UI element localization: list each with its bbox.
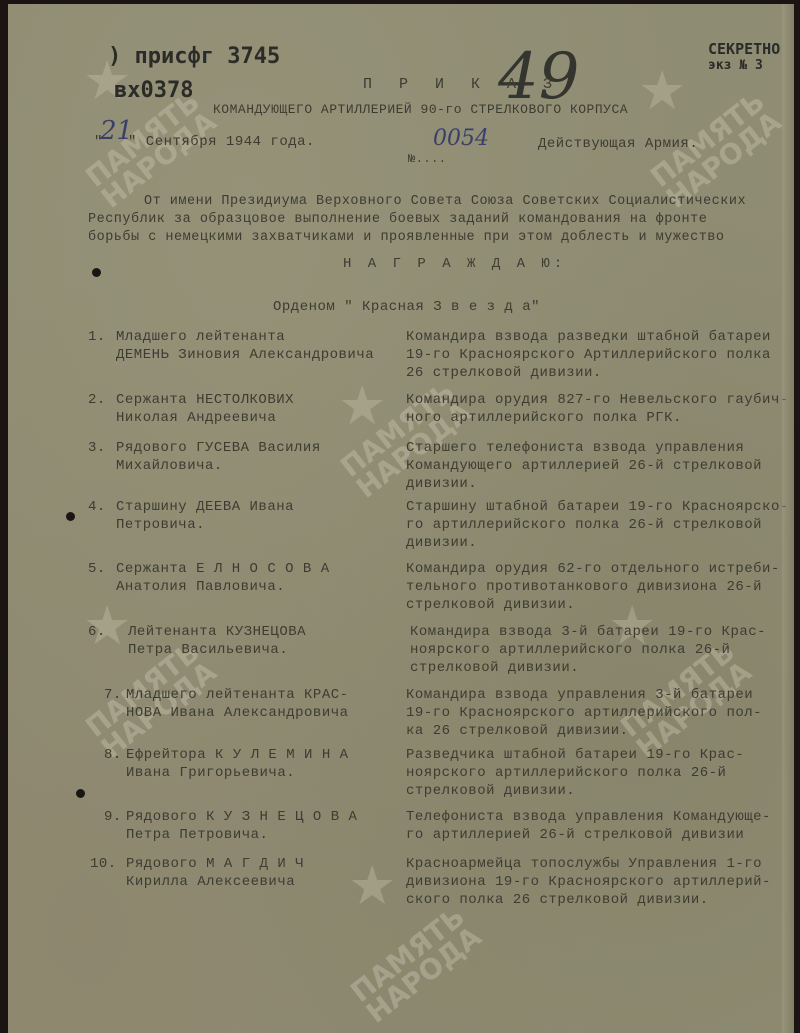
preamble-line: Республик за образцовое выполнение боевы… xyxy=(88,212,707,227)
entry-number: 9. xyxy=(104,809,122,825)
entry-name: Кирилла Алексеевича xyxy=(126,874,295,890)
entry-position: го артиллерийского полка 26-й стрелковой xyxy=(406,517,762,533)
entry-rank-name: Младшего лейтенанта xyxy=(116,329,285,345)
entry-number: 7. xyxy=(104,687,122,703)
entry-rank-name: Ефрейтора К У Л Е М И Н А xyxy=(126,747,349,763)
entry-position: Разведчика штабной батареи 19-го Крас- xyxy=(406,747,744,763)
entry-rank-name: Рядового ГУСЕВА Василия xyxy=(116,440,321,456)
preamble-line: борьбы с немецкими захватчиками и проявл… xyxy=(88,230,725,245)
location: Действующая Армия. xyxy=(538,136,698,152)
entry-position: Командира взвода разведки штабной батаре… xyxy=(406,329,771,345)
entry-name: НОВА Ивана Александровича xyxy=(126,705,349,721)
entry-position: дивизии. xyxy=(406,476,477,492)
entry-position: дивизиона 19-го Красноярского артиллерий… xyxy=(406,874,771,890)
document-title: П Р И К А З xyxy=(363,76,561,93)
entry-position: Командира взвода 3-й батареи 19-го Крас- xyxy=(410,624,766,640)
award-verb: Н А Г Р А Ж Д А Ю: xyxy=(343,256,566,272)
entry-position: ного артиллерийского полка РГК. xyxy=(406,410,682,426)
watermark-star-icon: ★ xyxy=(638,59,686,122)
entry-number: 4. xyxy=(88,499,106,515)
preamble-line: От имени Президиума Верховного Совета Со… xyxy=(144,194,746,209)
entry-rank-name: Рядового К У З Н Е Ц О В А xyxy=(126,809,357,825)
date-text: " Сентября 1944 года. xyxy=(128,134,315,150)
entry-number: 1. xyxy=(88,329,106,345)
entry-position: Командира взвода управления 3-й батареи xyxy=(406,687,753,703)
entry-position: Старшего телефониста взвода управления xyxy=(406,440,744,456)
secret-stamp: СЕКРЕТНО xyxy=(708,40,780,58)
entry-rank-name: Младшего лейтенанта КРАС- xyxy=(126,687,349,703)
entry-position: 19-го Красноярского артиллерийского пол- xyxy=(406,705,762,721)
entry-rank-name: Сержанта НЕСТОЛКОВИХ xyxy=(116,392,294,408)
punch-hole xyxy=(92,268,101,277)
entry-position: Командующего артиллерией 26-й стрелковой xyxy=(406,458,762,474)
entry-number: 10. xyxy=(90,856,117,872)
copy-number: экз № 3 xyxy=(708,58,763,73)
entry-position: Командира орудия 62-го отдельного истреб… xyxy=(406,561,780,577)
entry-name: Петра Петровича. xyxy=(126,827,268,843)
entry-name: Анатолия Павловича. xyxy=(116,579,285,595)
entry-name: ДЕМЕНЬ Зиновия Александровича xyxy=(116,347,374,363)
entry-position: Красноармейца топослужбы Управления 1-го xyxy=(406,856,762,872)
entry-number: 8. xyxy=(104,747,122,763)
entry-position: ноярского артиллерийского полка 26-й xyxy=(406,765,726,781)
entry-name: Петровича. xyxy=(116,517,205,533)
entry-number: 2. xyxy=(88,392,106,408)
order-name: Орденом " Красная З в е з д а" xyxy=(273,299,540,315)
watermark-star-icon: ★ xyxy=(348,854,396,917)
entry-position: стрелковой дивизии. xyxy=(410,660,579,676)
entry-rank-name: Сержанта Е Л Н О С О В А xyxy=(116,561,330,577)
entry-number: 6. xyxy=(88,624,106,640)
entry-rank-name: Рядового М А Г Д И Ч xyxy=(126,856,304,872)
entry-position: ноярского артиллерийского полка 26-й xyxy=(410,642,730,658)
document-page: ★ ПАМЯТЬНАРОДА ★ ПАМЯТЬНАРОДА ★ ПАМЯТЬНА… xyxy=(8,4,794,1033)
entry-position: тельного противотанкового дивизиона 26-й xyxy=(406,579,762,595)
entry-name: Михайловича. xyxy=(116,458,223,474)
entry-rank-name: Лейтенанта КУЗНЕЦОВА xyxy=(128,624,306,640)
entry-position: 26 стрелковой дивизии. xyxy=(406,365,602,381)
entry-position: ка 26 стрелковой дивизии. xyxy=(406,723,629,739)
entry-name: Петра Васильевича. xyxy=(128,642,288,658)
entry-position: 19-го Красноярского Артиллерийского полк… xyxy=(406,347,771,363)
order-number-label: №.... xyxy=(408,152,447,166)
entry-position: дивизии. xyxy=(406,535,477,551)
order-number-handwritten: 0054 xyxy=(433,126,489,151)
incoming-number-stamp: вх0378 xyxy=(114,78,193,103)
entry-position: Командира орудия 827-го Невельского гауб… xyxy=(406,392,789,408)
entry-position: Телефониста взвода управления Командующе… xyxy=(406,809,771,825)
watermark-star-icon: ★ xyxy=(338,374,386,437)
entry-number: 3. xyxy=(88,440,106,456)
entry-number: 5. xyxy=(88,561,106,577)
entry-position: ского полка 26 стрелковой дивизии. xyxy=(406,892,709,908)
punch-hole xyxy=(66,512,75,521)
entry-rank-name: Старшину ДЕЕВА Ивана xyxy=(116,499,294,515)
entry-name: Николая Андреевича xyxy=(116,410,276,426)
punch-hole xyxy=(76,789,85,798)
entry-position: стрелковой дивизии. xyxy=(406,597,575,613)
entry-name: Ивана Григорьевича. xyxy=(126,765,295,781)
document-subtitle: КОМАНДУЮЩЕГО АРТИЛЛЕРИЕЙ 90-го СТРЕЛКОВО… xyxy=(213,102,628,117)
entry-position: стрелковой дивизии. xyxy=(406,783,575,799)
entry-position: го артиллерией 26-й стрелковой дивизии xyxy=(406,827,744,843)
incoming-stamp: ) присфг 3745 xyxy=(108,44,280,69)
entry-position: Старшину штабной батареи 19-го Красноярс… xyxy=(406,499,789,515)
watermark: ПАМЯТЬНАРОДА xyxy=(346,903,485,1028)
